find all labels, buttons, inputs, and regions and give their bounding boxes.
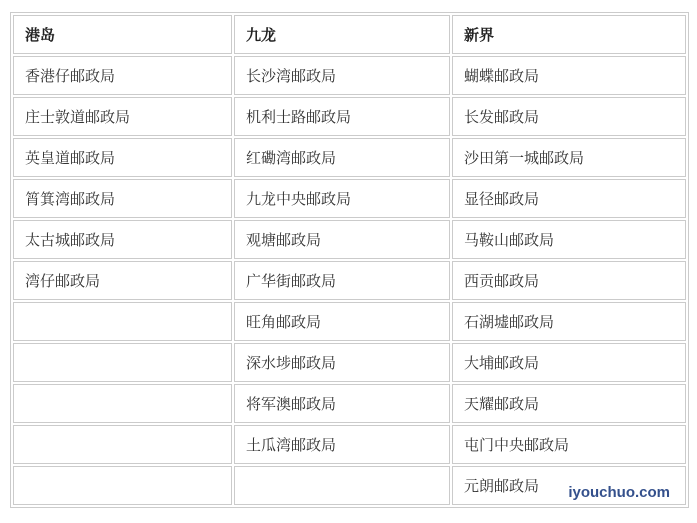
table-cell: 湾仔邮政局 bbox=[13, 261, 232, 300]
table-row: 旺角邮政局 石湖墟邮政局 bbox=[13, 302, 686, 341]
table-cell: 九龙中央邮政局 bbox=[234, 179, 450, 218]
table-cell: 太古城邮政局 bbox=[13, 220, 232, 259]
table-cell bbox=[13, 425, 232, 464]
watermark-iyouchuo: iyouchuo.com bbox=[568, 484, 670, 501]
table-cell: 广华街邮政局 bbox=[234, 261, 450, 300]
table-row: 将军澳邮政局 天耀邮政局 bbox=[13, 384, 686, 423]
column-header-hong-kong-island: 港岛 bbox=[13, 15, 232, 54]
column-header-new-territories: 新界 bbox=[452, 15, 686, 54]
table-cell: 沙田第一城邮政局 bbox=[452, 138, 686, 177]
table-cell: 西贡邮政局 bbox=[452, 261, 686, 300]
table-cell: 蝴蝶邮政局 bbox=[452, 56, 686, 95]
table-cell bbox=[234, 466, 450, 505]
table-row: 香港仔邮政局 长沙湾邮政局 蝴蝶邮政局 bbox=[13, 56, 686, 95]
table-cell: 庄士敦道邮政局 bbox=[13, 97, 232, 136]
table-cell: 筲箕湾邮政局 bbox=[13, 179, 232, 218]
post-office-table: 港岛 九龙 新界 香港仔邮政局 长沙湾邮政局 蝴蝶邮政局 庄士敦道邮政局 机利士… bbox=[10, 12, 689, 508]
table-cell: 深水埗邮政局 bbox=[234, 343, 450, 382]
table-cell bbox=[13, 466, 232, 505]
table-cell: 马鞍山邮政局 bbox=[452, 220, 686, 259]
table-cell: 长发邮政局 bbox=[452, 97, 686, 136]
column-header-kowloon: 九龙 bbox=[234, 15, 450, 54]
table-cell: 天耀邮政局 bbox=[452, 384, 686, 423]
table-header-row: 港岛 九龙 新界 bbox=[13, 15, 686, 54]
table-cell: 显径邮政局 bbox=[452, 179, 686, 218]
table-cell bbox=[13, 343, 232, 382]
table-cell: 将军澳邮政局 bbox=[234, 384, 450, 423]
page: 港岛 九龙 新界 香港仔邮政局 长沙湾邮政局 蝴蝶邮政局 庄士敦道邮政局 机利士… bbox=[0, 0, 697, 523]
table-row: 深水埗邮政局 大埔邮政局 bbox=[13, 343, 686, 382]
table-cell bbox=[13, 302, 232, 341]
table-row: 庄士敦道邮政局 机利士路邮政局 长发邮政局 bbox=[13, 97, 686, 136]
table-cell: 机利士路邮政局 bbox=[234, 97, 450, 136]
table-cell: 观塘邮政局 bbox=[234, 220, 450, 259]
table-cell: 旺角邮政局 bbox=[234, 302, 450, 341]
table-cell: 长沙湾邮政局 bbox=[234, 56, 450, 95]
table-cell: 石湖墟邮政局 bbox=[452, 302, 686, 341]
table-cell: 大埔邮政局 bbox=[452, 343, 686, 382]
table-row: 筲箕湾邮政局 九龙中央邮政局 显径邮政局 bbox=[13, 179, 686, 218]
table-cell: 英皇道邮政局 bbox=[13, 138, 232, 177]
table-cell: 屯门中央邮政局 bbox=[452, 425, 686, 464]
table-row: 湾仔邮政局 广华街邮政局 西贡邮政局 bbox=[13, 261, 686, 300]
table-row: 土瓜湾邮政局 屯门中央邮政局 bbox=[13, 425, 686, 464]
table-cell: 香港仔邮政局 bbox=[13, 56, 232, 95]
table-cell: 红磡湾邮政局 bbox=[234, 138, 450, 177]
table-cell bbox=[13, 384, 232, 423]
table-row: 英皇道邮政局 红磡湾邮政局 沙田第一城邮政局 bbox=[13, 138, 686, 177]
table-cell: 土瓜湾邮政局 bbox=[234, 425, 450, 464]
table-row: 太古城邮政局 观塘邮政局 马鞍山邮政局 bbox=[13, 220, 686, 259]
